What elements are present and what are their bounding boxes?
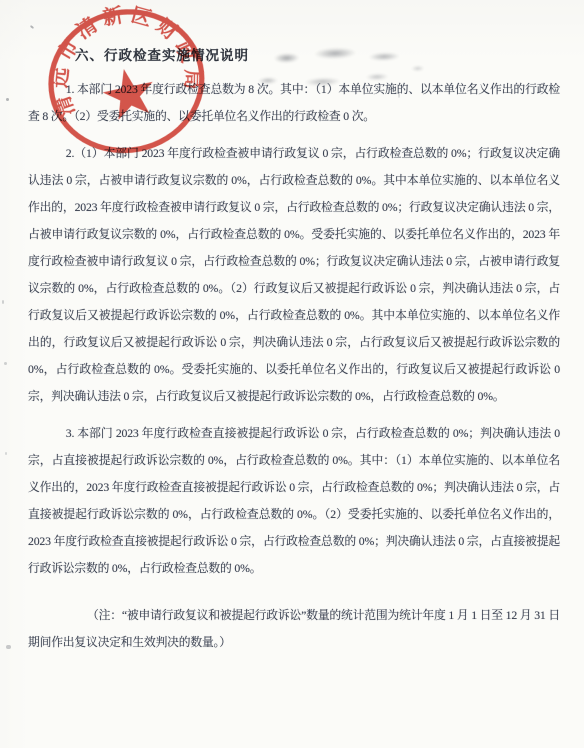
paragraph-2: 2.（1）本部门 2023 年度行政检查被申请行政复议 0 宗，占行政检查总数的…	[28, 140, 560, 410]
scanned-document-page: 清远市清新区财政局 六、行政检查实施情况说明 1. 本部门 2023 年度行政检…	[0, 0, 584, 748]
seal-star	[99, 64, 159, 122]
footnote: （注：“被申请行政复议和被提起行政诉讼”数量的统计范围为统计年度 1 月 1 日…	[28, 602, 560, 656]
paragraph-3: 3. 本部门 2023 年度行政检查直接被提起行政诉讼 0 宗，占行政检查总数的…	[28, 420, 560, 582]
